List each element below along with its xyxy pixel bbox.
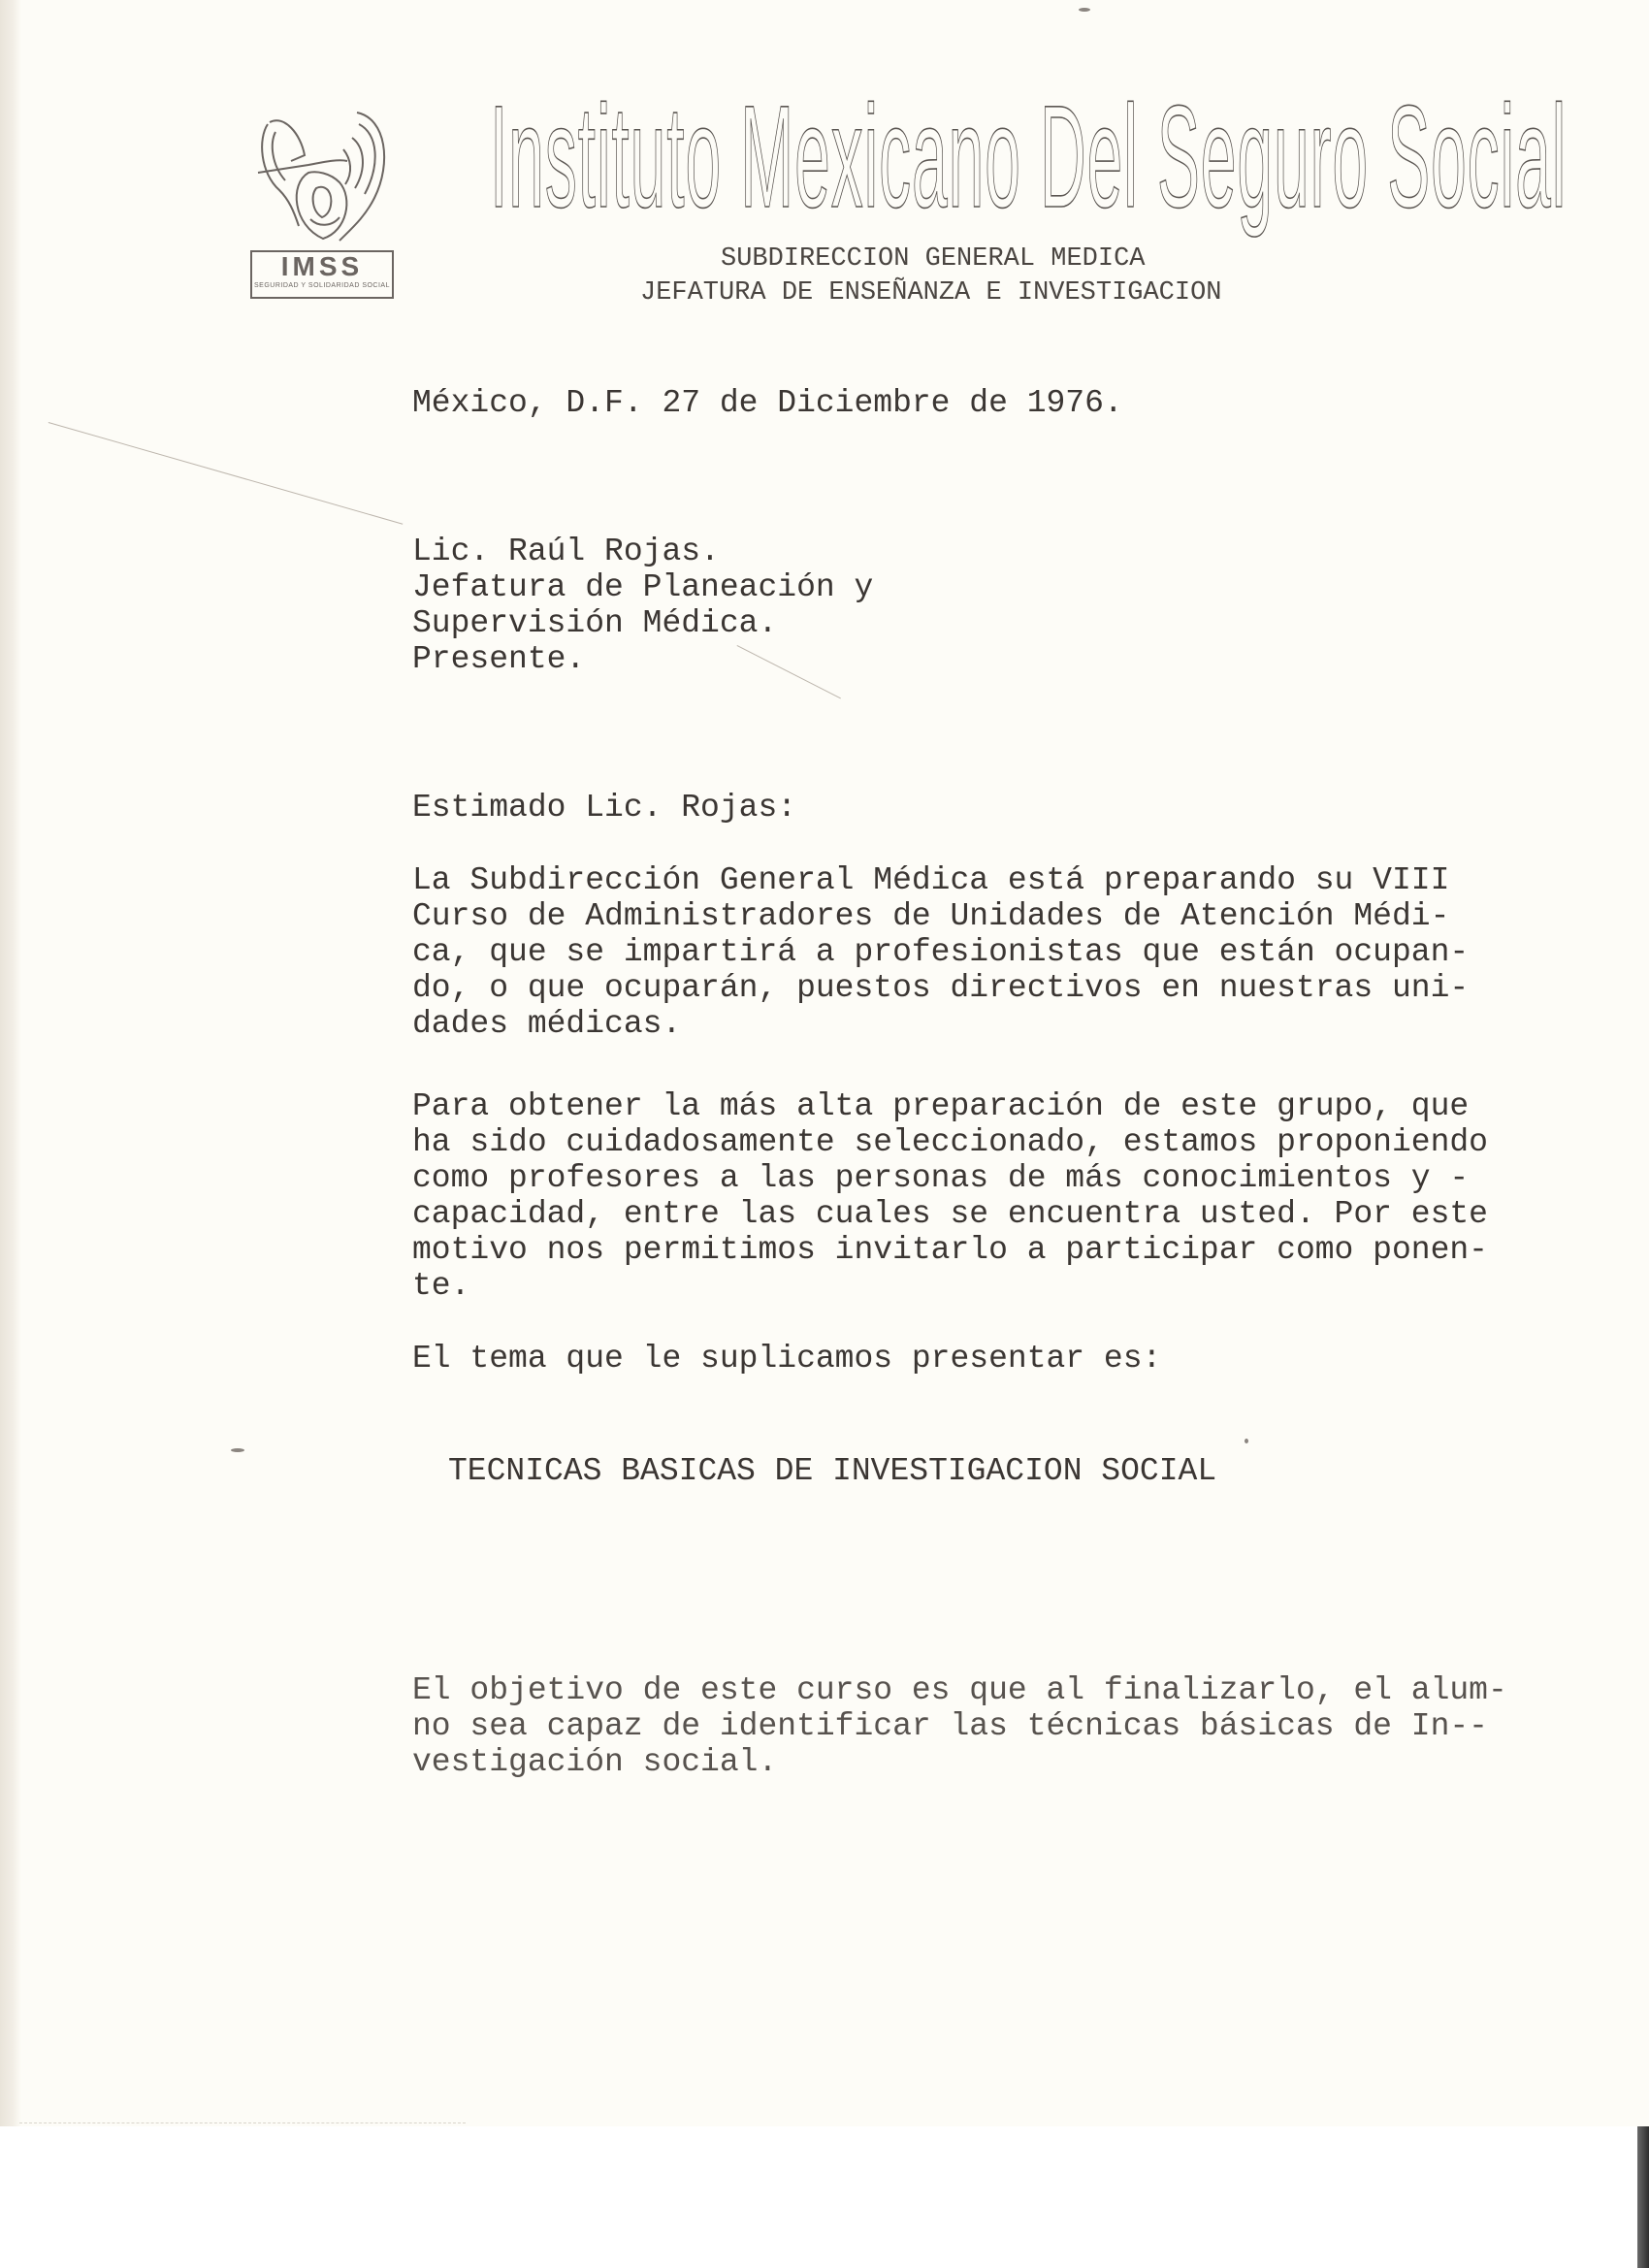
topic-intro: El tema que le suplicamos presentar es: xyxy=(412,1341,1161,1377)
scan-left-edge-shadow xyxy=(0,0,21,2126)
paragraph-line: capacidad, entre las cuales se encuentra… xyxy=(412,1196,1488,1232)
institution-name: Instituto Mexicano Del Seguro Social xyxy=(490,93,1450,219)
department-line-1: SUBDIRECCION GENERAL MEDICA xyxy=(721,244,1145,274)
scan-speck xyxy=(1245,1439,1248,1443)
recipient-presente: Presente. xyxy=(412,641,585,677)
paragraph-line: ha sido cuidadosamente seleccionado, est… xyxy=(412,1124,1488,1160)
recipient-department: Jefatura de Planeación y xyxy=(412,569,873,605)
logo-motto: Seguridad y Solidaridad Social xyxy=(252,281,392,291)
paragraph-line: motivo nos permitimos invitarlo a partic… xyxy=(412,1232,1488,1268)
imss-logo-box: IMSS Seguridad y Solidaridad Social xyxy=(250,250,394,299)
imss-eagle-emblem-icon xyxy=(250,105,396,250)
logo-acronym: IMSS xyxy=(252,252,392,281)
recipient-name: Lic. Raúl Rojas. xyxy=(412,534,720,569)
paragraph-line: te. xyxy=(412,1268,469,1304)
scan-speck xyxy=(231,1448,244,1452)
date-line: México, D.F. 27 de Diciembre de 1976. xyxy=(412,385,1123,421)
paragraph-line: ca, que se impartirá a profesionistas qu… xyxy=(412,934,1469,970)
department-line-2: JEFATURA DE ENSEÑANZA E INVESTIGACION xyxy=(640,278,1222,308)
institution-name-text: Instituto Mexicano Del Seguro Social xyxy=(490,93,1567,219)
letter-page xyxy=(0,0,1649,2126)
salutation: Estimado Lic. Rojas: xyxy=(412,790,796,826)
scan-right-edge-bar xyxy=(1637,2126,1649,2268)
page-bottom-edge xyxy=(19,2122,466,2124)
paragraph-line: no sea capaz de identificar las técnicas… xyxy=(412,1708,1488,1744)
paragraph-line: La Subdirección General Médica está prep… xyxy=(412,862,1449,898)
paragraph-line: vestigación social. xyxy=(412,1744,777,1780)
topic-title: TECNICAS BASICAS DE INVESTIGACION SOCIAL xyxy=(448,1453,1216,1489)
paragraph-line: Curso de Administradores de Unidades de … xyxy=(412,898,1449,934)
paragraph-line: El objetivo de este curso es que al fina… xyxy=(412,1672,1507,1708)
paragraph-line: Para obtener la más alta preparación de … xyxy=(412,1088,1469,1124)
paragraph-line: do, o que ocuparán, puestos directivos e… xyxy=(412,970,1469,1006)
paragraph-line: como profesores a las personas de más co… xyxy=(412,1160,1469,1196)
paragraph-line: dades médicas. xyxy=(412,1006,681,1042)
recipient-department-cont: Supervisión Médica. xyxy=(412,605,777,641)
scan-speck xyxy=(1079,8,1090,12)
imss-logo: IMSS Seguridad y Solidaridad Social xyxy=(250,105,396,299)
